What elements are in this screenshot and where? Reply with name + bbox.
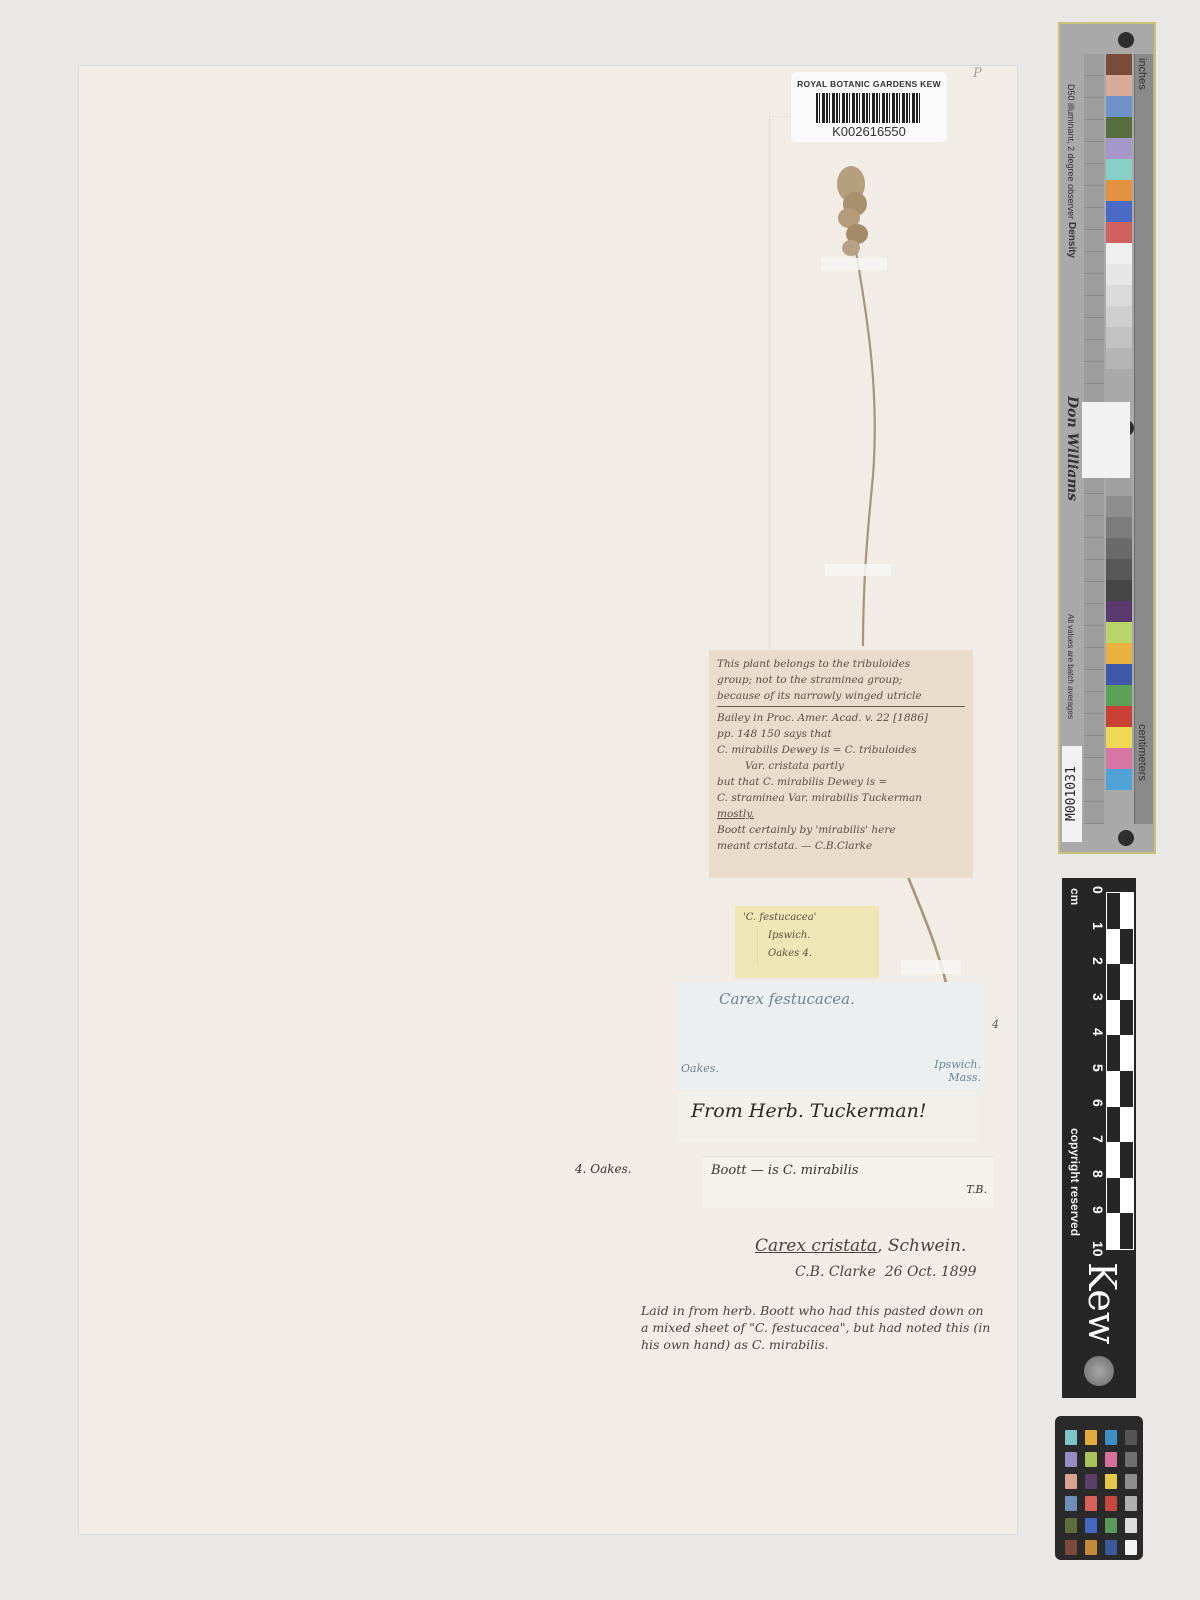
- color-calibration-ruler: D50 illuminant, 2 degree observer Densit…: [1058, 22, 1156, 854]
- color-swatch: [1085, 1540, 1097, 1555]
- color-swatch: [1105, 1518, 1117, 1533]
- label-number: 4: [992, 1018, 999, 1031]
- color-swatch: [1105, 1496, 1117, 1511]
- barcode-label: ROYAL BOTANIC GARDENS KEW K002616550: [791, 72, 947, 142]
- color-patch: [1106, 117, 1132, 138]
- color-swatch: [1125, 1540, 1137, 1555]
- cm-segment: [1107, 1107, 1120, 1143]
- note-line: pp. 148 150 says that: [717, 726, 965, 742]
- color-patch: [1106, 285, 1132, 306]
- provenance-note: Laid in from herb. Boott who had this pa…: [641, 1302, 991, 1353]
- color-swatch: [1065, 1430, 1077, 1445]
- color-patch: [1106, 601, 1132, 622]
- cm-segment: [1107, 1178, 1120, 1214]
- cm-tick: 0: [1090, 886, 1106, 922]
- corner-mark: P: [973, 66, 982, 81]
- color-patch: [1106, 327, 1132, 348]
- ruler-standard-note: D50 illuminant, 2 degree observer: [1066, 84, 1076, 219]
- color-patch: [1106, 538, 1132, 559]
- clarke-annotation-note: This plant belongs to the tribuloides gr…: [709, 650, 973, 878]
- color-patch: [1106, 96, 1132, 117]
- color-swatch: [1125, 1496, 1137, 1511]
- ruler-hole: [1118, 32, 1134, 48]
- label-collector: Oakes: [768, 948, 799, 959]
- cm-tick: 5: [1090, 1064, 1106, 1100]
- color-swatch: [1105, 1540, 1117, 1555]
- color-patch: [1106, 306, 1132, 327]
- note-line: Boott certainly by 'mirabilis' here: [717, 822, 965, 838]
- note-line: Var. cristata partly: [717, 758, 965, 774]
- color-swatch: [1065, 1496, 1077, 1511]
- cm-tick: 2: [1090, 957, 1106, 993]
- color-checker-card: [1055, 1416, 1143, 1560]
- cm-unit-label: cm: [1068, 888, 1082, 905]
- color-swatch: [1065, 1540, 1077, 1555]
- color-swatch: [1085, 1496, 1097, 1511]
- cm-scale-bar: cm 012345678910 copyright reserved Kew: [1062, 878, 1136, 1398]
- determination-date: 26 Oct. 1899: [885, 1264, 977, 1280]
- cm-tick: 3: [1090, 993, 1106, 1029]
- note-line: C. mirabilis Dewey is = C. tribuloides: [717, 742, 965, 758]
- copyright-notice: copyright reserved: [1068, 1128, 1082, 1236]
- locality-state: Mass.: [948, 1071, 981, 1084]
- color-patch: [1106, 769, 1132, 790]
- note-line: but that C. mirabilis Dewey is =: [717, 774, 965, 790]
- color-patch: [1106, 475, 1132, 496]
- color-swatch: [1085, 1452, 1097, 1467]
- ruler-hole: [1118, 830, 1134, 846]
- cm-segment: [1120, 1071, 1133, 1107]
- color-patch: [1106, 54, 1132, 75]
- label-species: 'C. festucacea': [743, 909, 871, 927]
- color-patch: [1106, 685, 1132, 706]
- cm-tick-labels: 012345678910: [1090, 886, 1104, 1277]
- color-swatch: [1065, 1474, 1077, 1489]
- cm-tick: 8: [1090, 1170, 1106, 1206]
- mirabilis-label: Boott — is C. mirabilis T.B.: [703, 1156, 993, 1208]
- color-swatch: [1105, 1430, 1117, 1445]
- cm-segment: [1120, 1000, 1133, 1036]
- color-patch: [1106, 201, 1132, 222]
- ruler-units-cm: centimeters: [1136, 724, 1148, 781]
- color-patch: [1106, 643, 1132, 664]
- locality-town: Ipswich.: [934, 1058, 981, 1071]
- folder-edge: [769, 116, 852, 717]
- color-patch: [1106, 559, 1132, 580]
- color-swatch: [1085, 1474, 1097, 1489]
- color-patch: [1106, 264, 1132, 285]
- color-swatch-grid: [1065, 1430, 1137, 1555]
- carex-festucacea-label: Carex festucacea. Oakes. Ipswich.Mass. 4: [677, 982, 985, 1090]
- color-patch: [1106, 75, 1132, 96]
- color-swatch: [1105, 1452, 1117, 1467]
- color-swatch: [1085, 1430, 1097, 1445]
- note-line: Bailey in Proc. Amer. Acad. v. 22 [1886]: [717, 710, 965, 726]
- note-line: because of its narrowly winged utricle: [717, 688, 965, 704]
- cm-tick: 9: [1090, 1206, 1106, 1242]
- color-patch: [1106, 222, 1132, 243]
- ruler-brand: Don Williams: [1064, 396, 1080, 501]
- color-patch: [1106, 706, 1132, 727]
- note-line: meant cristata. — C.B.Clarke: [717, 838, 965, 854]
- label-locality: Ipswich.Mass.: [934, 1058, 981, 1084]
- species-author: , Schwein.: [877, 1236, 966, 1256]
- note-line: C. straminea Var. mirabilis Tuckerman: [717, 790, 965, 806]
- color-patch: [1106, 580, 1132, 601]
- label-text: Boott — is C. mirabilis: [711, 1163, 859, 1178]
- cm-segment: [1107, 893, 1120, 929]
- cm-segment: [1120, 1213, 1133, 1249]
- color-swatch: [1125, 1430, 1137, 1445]
- ruler-target-inset: [1082, 402, 1130, 478]
- color-patch: [1106, 622, 1132, 643]
- oakes-label: 4. Oakes.: [575, 1162, 632, 1176]
- cm-segment: [1120, 929, 1133, 965]
- note-line: group; not to the straminea group;: [717, 672, 965, 688]
- species-name: Carex cristata: [755, 1236, 877, 1256]
- kew-crest-icon: [1084, 1356, 1114, 1386]
- color-patch: [1106, 138, 1132, 159]
- color-patch: [1106, 243, 1132, 264]
- cm-scale-pattern: [1106, 892, 1134, 1250]
- color-swatch: [1065, 1452, 1077, 1467]
- divider: [717, 706, 965, 707]
- institution-name: ROYAL BOTANIC GARDENS KEW: [791, 79, 947, 89]
- ruler-scale: [1134, 54, 1153, 824]
- color-patch: [1106, 159, 1132, 180]
- herbarium-sheet: P ROYAL BOTANIC GARDENS KEW K002616550 T…: [79, 66, 1017, 1534]
- determination-by: C.B. Clarke 26 Oct. 1899: [795, 1264, 977, 1280]
- note-line: mostly.: [717, 806, 965, 822]
- color-swatch: [1085, 1518, 1097, 1533]
- cm-segment: [1120, 1142, 1133, 1178]
- barcode-icon: [816, 93, 922, 123]
- color-swatch: [1105, 1474, 1117, 1489]
- festucacea-label: 'C. festucacea' Ipswich. Oakes 4.: [735, 906, 879, 978]
- label-collector: Oakes.: [681, 1062, 719, 1075]
- color-swatch: [1125, 1474, 1137, 1489]
- density-label: Density: [1066, 222, 1077, 258]
- ruler-footnote: All values are batch averages: [1066, 614, 1075, 719]
- color-patch: [1106, 748, 1132, 769]
- color-swatch: [1125, 1452, 1137, 1467]
- label-locality: Ipswich.: [768, 927, 871, 945]
- kew-logo: Kew: [1080, 1262, 1124, 1344]
- cm-segment: [1107, 1035, 1120, 1071]
- determiner: C.B. Clarke: [795, 1264, 876, 1280]
- color-swatch: [1065, 1518, 1077, 1533]
- color-patch: [1106, 180, 1132, 201]
- cm-tick: 4: [1090, 1028, 1106, 1064]
- tuckerman-label: From Herb. Tuckerman!: [677, 1092, 977, 1142]
- barcode-number: K002616550: [791, 124, 947, 139]
- label-species: Carex festucacea.: [719, 990, 855, 1008]
- color-patch: [1106, 348, 1132, 369]
- cm-tick: 6: [1090, 1099, 1106, 1135]
- label-initials: T.B.: [966, 1183, 987, 1196]
- note-line: This plant belongs to the tribuloides: [717, 656, 965, 672]
- color-patch: [1106, 496, 1132, 517]
- label-number: 4.: [802, 948, 812, 959]
- color-patch: [1106, 664, 1132, 685]
- color-patch: [1106, 727, 1132, 748]
- color-patch: [1106, 517, 1132, 538]
- determination-species: Carex cristata, Schwein.: [755, 1236, 966, 1256]
- ruler-units-inches: inches: [1136, 58, 1148, 90]
- ruler-id-code: M001031: [1062, 746, 1082, 842]
- cm-tick: 1: [1090, 922, 1106, 958]
- color-swatch: [1125, 1518, 1137, 1533]
- cm-segment: [1107, 964, 1120, 1000]
- cm-tick: 7: [1090, 1135, 1106, 1171]
